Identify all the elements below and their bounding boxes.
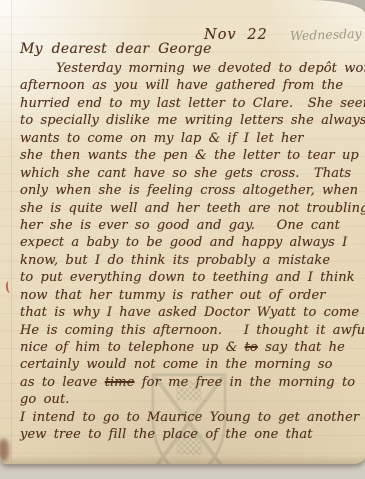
handwriting-line: she is quite well and her teeth are not … xyxy=(20,200,365,217)
handwriting-line: go out. xyxy=(20,391,365,408)
handwriting-line: hurried end to my last letter to Clare. … xyxy=(20,95,365,112)
date-line: Nov 22Wednesday xyxy=(204,24,361,43)
handwriting-line: He is coming this afternoon. I thought i… xyxy=(20,322,365,339)
handwriting-line: afternoon as you will have gathered from… xyxy=(20,77,365,94)
handwriting-line: certainly would not come in the morning … xyxy=(20,356,365,373)
struck-out-word: time xyxy=(105,375,135,390)
handwriting-line: now that her tummy is rather out of orde… xyxy=(20,287,365,304)
handwriting-line: only when she is feeling cross altogethe… xyxy=(20,182,365,199)
letter-paper: Nov 22Wednesday My dearest dear George Y… xyxy=(0,0,365,464)
greeting-text: My dearest dear George xyxy=(20,41,212,57)
handwriting-line: that is why I have asked Doctor Wyatt to… xyxy=(20,304,365,321)
handwriting-line: her she is ever so good and gay. One can… xyxy=(20,217,365,234)
day-text: Wednesday xyxy=(289,26,361,43)
handwriting-line: as to leave time for me free in the morn… xyxy=(20,374,365,391)
handwriting-line: to specially dislike me writing letters … xyxy=(20,112,365,129)
handwriting-line: expect a baby to be good and happy alway… xyxy=(20,234,365,251)
handwriting-line: know, but I do think its probably a mist… xyxy=(20,252,365,269)
handwriting-line: nice of him to telephone up & to say tha… xyxy=(20,339,365,356)
date-text: Nov 22 xyxy=(204,27,268,43)
handwriting-line: wants to come on my lap & if I let her xyxy=(20,130,365,147)
handwriting-line: she then wants the pen & the letter to t… xyxy=(20,147,365,164)
scan-background: Nov 22Wednesday My dearest dear George Y… xyxy=(0,0,365,479)
letter-body: Yesterday morning we devoted to depôt wo… xyxy=(20,60,365,444)
handwriting-line: yew tree to fill the place of the one th… xyxy=(20,426,365,443)
handwriting-line: Yesterday morning we devoted to depôt wo… xyxy=(20,60,365,77)
handwriting-line: which she cant have so she gets cross. T… xyxy=(20,165,365,182)
struck-out-word: to xyxy=(245,340,258,355)
red-margin-mark xyxy=(5,281,13,294)
paper-bottom-edge xyxy=(0,455,365,464)
handwriting-line: I intend to go to Maurice Young to get a… xyxy=(20,409,365,426)
handwriting-line: to put everything down to teething and I… xyxy=(20,269,365,286)
